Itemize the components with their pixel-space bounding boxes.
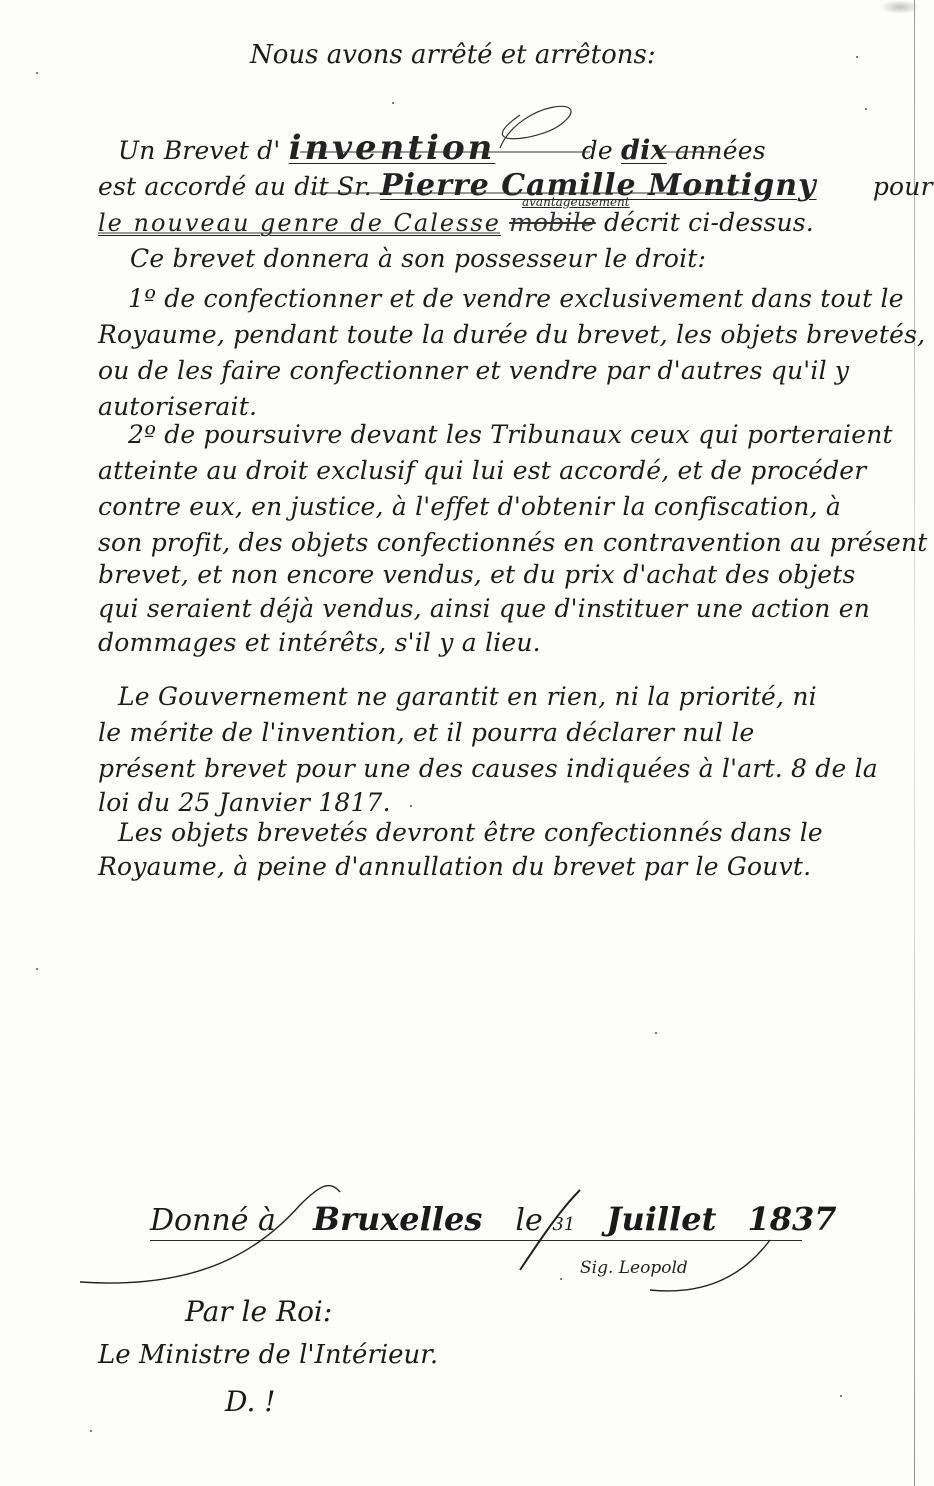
invention-object-fill: le nouveau genre de Calesse (98, 209, 501, 237)
patent-type-fill: invention (289, 128, 496, 168)
government-clause-line-4: loi du 25 Janvier 1817. (98, 788, 391, 817)
right-1-line-4: autoriserait. (98, 392, 257, 421)
grant-line-2: est accordé au dit Sr. Pierre Camille Mo… (98, 168, 933, 203)
date-month: Juillet (606, 1200, 716, 1238)
paper-speck (856, 56, 858, 58)
page-edge (914, 0, 915, 1486)
government-clause-line-3: présent brevet pour une des causes indiq… (98, 754, 878, 783)
manufacture-clause-line-2: Royaume, à peine d'annullation du brevet… (98, 852, 811, 881)
minister-initials: D. ! (225, 1385, 276, 1418)
date-year: 1837 (747, 1200, 836, 1238)
paper-speck (36, 968, 38, 970)
paper-speck (410, 805, 412, 807)
place-fill: Bruxelles (313, 1200, 482, 1238)
paper-speck (36, 72, 38, 74)
right-2-line-4: son profit, des objets confectionnés en … (98, 528, 928, 557)
interlinear-insertion: avantageusement (522, 195, 630, 209)
government-clause-line-2: le mérite de l'invention, et il pourra d… (98, 718, 755, 747)
patent-years-fill: dix (621, 135, 667, 166)
royal-signature: Sig. Leopold (580, 1258, 688, 1278)
date-le: le (515, 1203, 542, 1238)
grant-pour: pour (873, 172, 933, 201)
right-2-line-2: atteinte au droit exclusif qui lui est a… (98, 456, 866, 485)
date-day: 31 (552, 1214, 575, 1235)
paper-speck (560, 1278, 562, 1280)
date-underline (150, 1240, 802, 1241)
right-1-line-3: ou de les faire confectionner et vendre … (98, 356, 849, 385)
grant-de: de (582, 136, 613, 165)
manufacture-clause-line-1: Les objets brevetés devront être confect… (118, 818, 823, 847)
rights-intro: Ce brevet donnera à son possesseur le dr… (130, 244, 706, 273)
grant-prefix: Un Brevet d' (118, 136, 280, 165)
grant-annees: années (675, 136, 766, 165)
document-page: Nous avons arrêté et arrêtons: Un Brevet… (0, 0, 934, 1486)
right-2-line-7: dommages et intérêts, s'il y a lieu. (98, 628, 541, 657)
struck-word: mobile (509, 208, 596, 237)
decree-heading: Nous avons arrêté et arrêtons: (250, 40, 656, 70)
grant-decrit: décrit ci-dessus. (604, 208, 814, 237)
right-1-line-1: 1º de confectionner et de vendre exclusi… (128, 284, 904, 313)
grant-accorde: est accordé au dit Sr. (98, 172, 372, 201)
right-2-line-1: 2º de poursuivre devant les Tribunaux ce… (128, 420, 893, 449)
given-at-line: Donné à Bruxelles le 31 Juillet 1837 (150, 1200, 837, 1238)
given-at-label: Donné à (150, 1203, 276, 1238)
paper-speck (840, 1395, 842, 1397)
paper-speck (392, 102, 394, 104)
right-2-line-3: contre eux, en justice, à l'effet d'obte… (98, 492, 841, 521)
minister-title: Le Ministre de l'Intérieur. (98, 1340, 438, 1370)
paper-speck (655, 1032, 657, 1034)
paper-speck (865, 108, 867, 110)
right-2-line-6: qui seraient déjà vendus, ainsi que d'in… (98, 594, 870, 623)
grant-line-3: le nouveau genre de Calesse mobile décri… (98, 208, 814, 237)
right-1-line-2: Royaume, pendant toute la durée du breve… (98, 320, 925, 349)
government-clause-line-1: Le Gouvernement ne garantit en rien, ni … (118, 682, 817, 711)
right-2-line-5: brevet, et non encore vendus, et du prix… (98, 560, 856, 589)
paper-speck (90, 1430, 92, 1432)
grant-line-1: Un Brevet d' invention de dix années (118, 128, 766, 168)
by-the-king: Par le Roi: (185, 1295, 332, 1328)
